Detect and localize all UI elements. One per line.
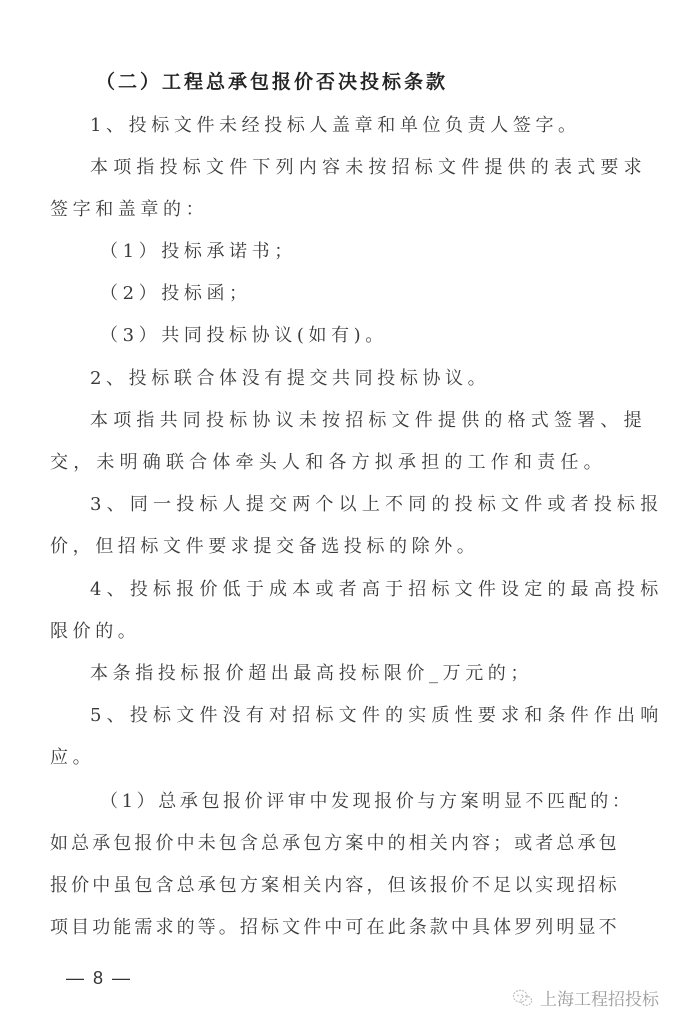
paragraph-line: 应。 [50,746,630,770]
clause-2: 2、投标联合体没有提交共同投标协议。 [90,367,670,391]
watermark: 上海工程招投标 [512,985,659,1010]
paragraph-line: 交，未明确联合体牵头人和各方拟承担的工作和责任。 [50,451,630,475]
document-page: （二）工程总承包报价否决投标条款 1、投标文件未经投标人盖章和单位负责人签字。 … [0,0,680,1026]
clause-3: 3、同一投标人提交两个以上不同的投标文件或者投标报 [90,493,670,517]
paragraph-line: 价，但招标文件要求提交备选投标的除外。 [50,535,630,559]
clause-4: 4、投标报价低于成本或者高于招标文件设定的最高投标 [90,578,670,602]
page-number: — 8 — [66,968,132,989]
paragraph-line: 如总承包报价中未包含总承包方案中的相关内容；或者总承包 [50,832,630,856]
sub-item-3: （3）共同投标协议(如有)。 [100,324,680,348]
paragraph-line: 签字和盖章的： [50,198,630,222]
paragraph-line: 本条指投标报价超出最高投标限价_万元的； [90,662,670,686]
paragraph-line: 本项指投标文件下列内容未按招标文件提供的表式要求 [90,156,670,180]
paragraph-line: 限价的。 [50,620,630,644]
paragraph-line: 项目功能需求的等。招标文件中可在此条款中具体罗列明显不 [50,916,630,940]
sub-item-2: （2）投标函； [100,282,680,306]
watermark-text: 上海工程招投标 [540,985,659,1010]
sub-item-1: （1）总承包报价评审中发现报价与方案明显不匹配的： [100,790,680,814]
clause-5: 5、投标文件没有对招标文件的实质性要求和条件作出响 [90,704,670,728]
wechat-icon [512,988,534,1008]
paragraph-line: 报价中虽包含总承包方案相关内容，但该报价不足以实现招标 [50,874,630,898]
section-title: （二）工程总承包报价否决投标条款 [96,70,676,94]
clause-1: 1、投标文件未经投标人盖章和单位负责人签字。 [90,114,670,138]
paragraph-line: 本项指共同投标协议未按招标文件提供的格式签署、提 [90,409,670,433]
sub-item-1: （1）投标承诺书； [100,240,680,264]
